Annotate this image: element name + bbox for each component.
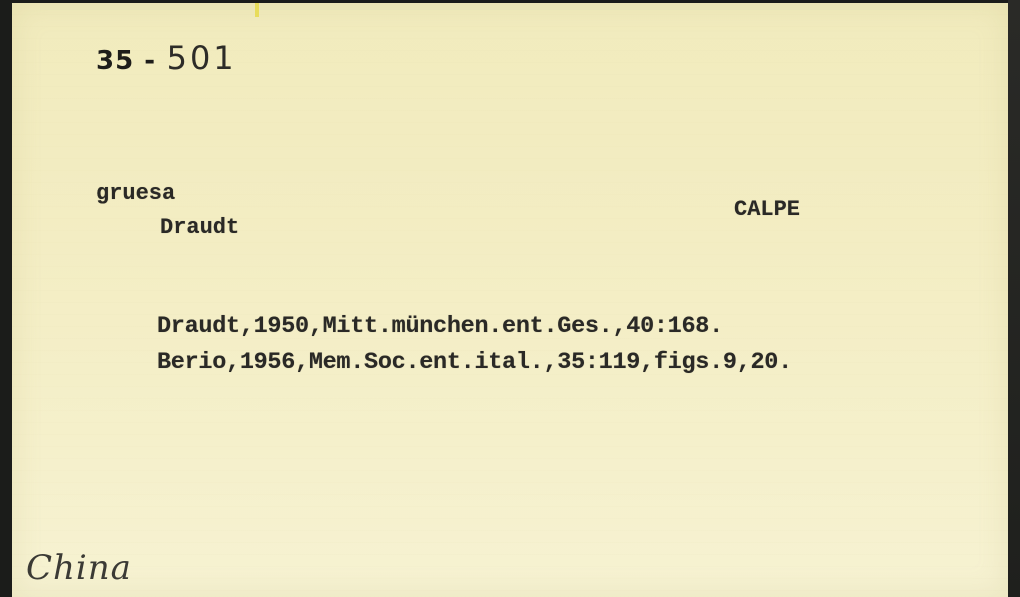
genus-name: CALPE: [734, 197, 800, 222]
locality-note: China: [26, 548, 132, 588]
species-name: gruesa: [96, 181, 175, 206]
card-number-prefix: 35 -: [96, 46, 156, 76]
paper-mark: [255, 3, 259, 17]
species-author: Draudt: [160, 215, 239, 240]
reference-line: Draudt,1950,Mitt.münchen.ent.Ges.,40:168…: [157, 313, 723, 340]
scan-border: [1008, 0, 1020, 597]
card-number-suffix: 501: [167, 39, 237, 77]
card-number: 35 - 501: [96, 39, 237, 77]
reference-line: Berio,1956,Mem.Soc.ent.ital.,35:119,figs…: [157, 349, 792, 376]
index-card: 35 - 501 gruesa Draudt CALPE Draudt,1950…: [12, 3, 1008, 597]
